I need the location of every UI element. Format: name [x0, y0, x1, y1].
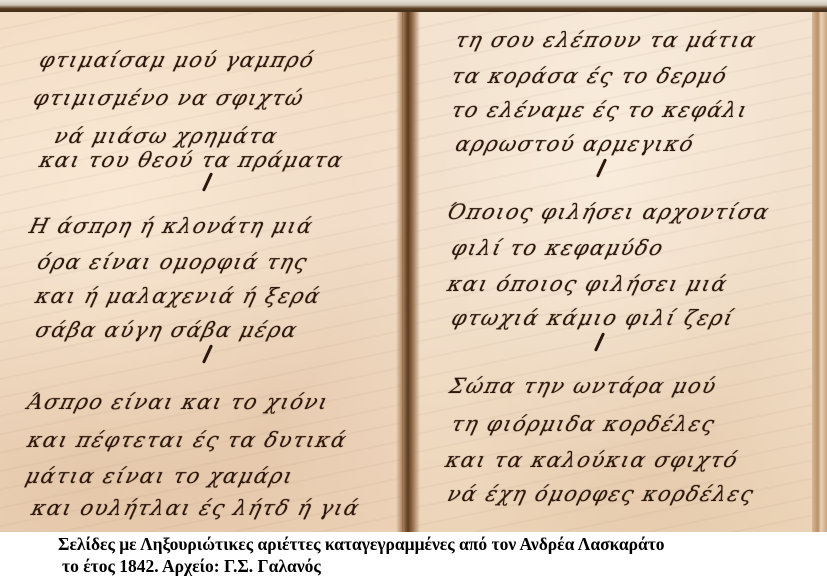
- manuscript-photo: φτιμαίσαμ μού γαμπρό φτιμισμένο να σφιχτ…: [0, 0, 827, 532]
- caption-line-1: Σελίδες με Ληξουριώτικες αριέττες καταγε…: [58, 534, 665, 555]
- verse-line: τη φιόρμιδα κορδέλες: [449, 412, 718, 436]
- verse-line: Σώπα την ωντάρα μού: [447, 374, 720, 398]
- caption-line-2: το έτος 1842. Αρχείο: Γ.Σ. Γαλανός: [62, 556, 321, 577]
- verse-line: φτωχιά κάμιο φιλί ζερί: [449, 306, 737, 330]
- verse-line: και ουλήτλαι ές λήτδ ή γιά: [29, 496, 363, 520]
- photo-caption: Σελίδες με Ληξουριώτικες αριέττες καταγε…: [0, 532, 827, 580]
- verse-line: Άσπρο είναι και το χιόνι: [25, 390, 332, 414]
- verse-line: τα κοράσα ές το δερμό: [449, 64, 730, 88]
- verse-line: και τα καλούκια σφιχτό: [443, 448, 741, 472]
- verse-line: και πέφτεται ές τα δυτικά: [25, 428, 350, 452]
- verse-line: φτιμισμένο να σφιχτώ: [31, 86, 307, 110]
- verse-line: όρα είναι ομορφιά της: [35, 250, 311, 274]
- verse-line: σάβα αύγη σάβα μέρα: [33, 318, 301, 342]
- verse-line: και όποιος φιλήσει μιά: [445, 272, 731, 296]
- verse-line: και ή μαλαχενιά ή ξερά: [33, 284, 324, 308]
- verse-line: τη σου ελέπουν τα μάτια: [453, 28, 760, 52]
- verse-line: και του θεού τα πράματα: [37, 148, 346, 172]
- verse-line: Η άσπρη ή κλονάτη μιά: [27, 214, 316, 238]
- verse-line: φτιμαίσαμ μού γαμπρό: [37, 48, 317, 72]
- verse-line: αρρωστού αρμεγικό: [453, 132, 697, 156]
- book-binding-gutter: [396, 12, 420, 532]
- verse-line: μάτια είναι το χαμάρι: [23, 464, 297, 488]
- verse-line: Όποιος φιλήσει αρχοντίσα: [445, 200, 773, 224]
- verse-line: νά έχη όμορφες κορδέλες: [445, 482, 757, 506]
- verse-line: το ελέναμε ές το κεφάλι: [449, 98, 751, 122]
- verse-line: νά μιάσω χρημάτα: [52, 124, 281, 148]
- verse-line: φιλί το κεφαμύδο: [449, 236, 667, 260]
- page-stack-edge: [812, 12, 827, 532]
